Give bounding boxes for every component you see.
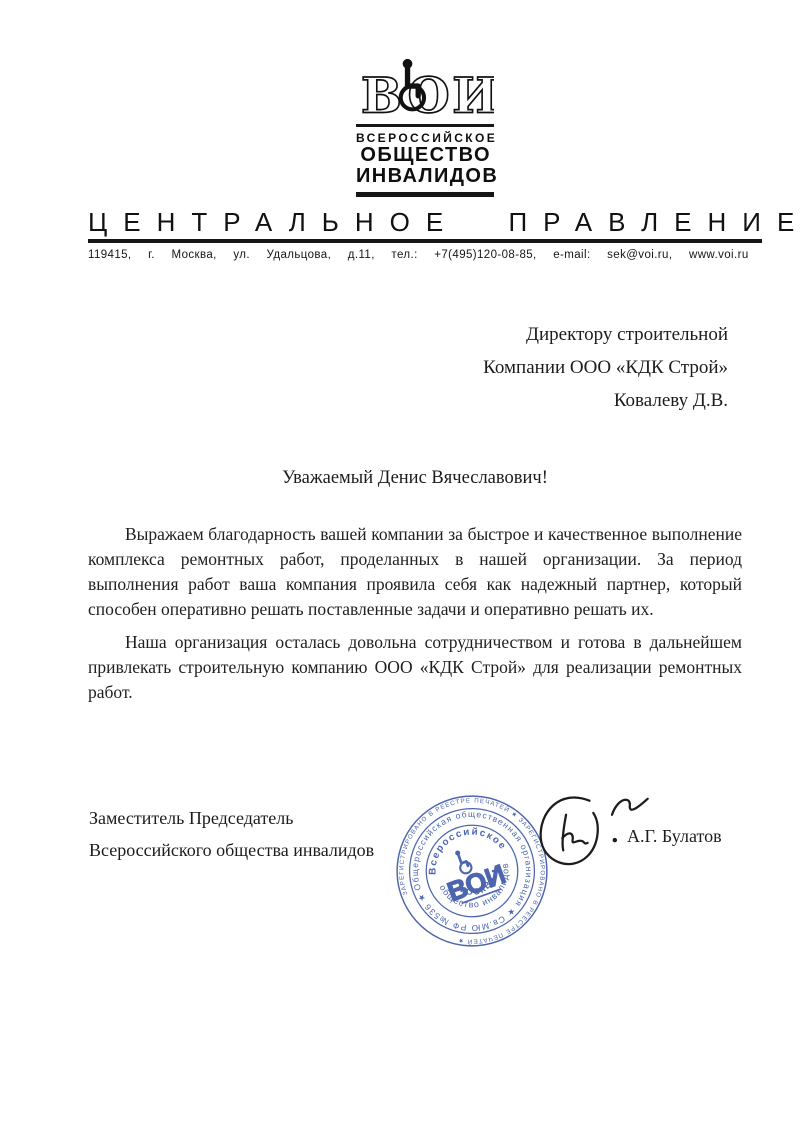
- recipient-line-2: Компании ООО «КДК Строй»: [483, 351, 728, 384]
- signature-loop: [541, 797, 598, 864]
- logo-letter-i: И: [452, 67, 494, 122]
- voi-logo-acronym: В О И: [356, 56, 494, 122]
- department-title: ЦЕНТРАЛЬНОЕ ПРАВЛЕНИЕ: [88, 207, 778, 238]
- signature-flourish: [612, 799, 648, 815]
- logo-divider-top: [356, 124, 494, 127]
- letter-body: Выражаем благодарность вашей компании за…: [88, 522, 742, 713]
- org-name-line-1: ВСЕРОССИЙСКОЕ: [356, 131, 496, 145]
- recipient-block: Директору строительной Компании ООО «КДК…: [483, 318, 728, 417]
- signature-dot: [613, 838, 618, 843]
- org-name-line-2: ОБЩЕСТВО: [356, 145, 495, 166]
- signature-stroke-1: [562, 815, 566, 851]
- letter-page: В О И ВСЕРОССИЙСКОЕ ОБЩЕСТВО ИНВАЛИДОВ Ц…: [0, 0, 800, 1130]
- header-rule: [88, 239, 762, 243]
- body-paragraph-2: Наша организация осталась довольна сотру…: [88, 630, 742, 705]
- logo-divider-bottom: [356, 192, 494, 197]
- logo-letter-o: О: [408, 67, 450, 122]
- signature-title-block: Заместитель Председатель Всероссийского …: [89, 802, 374, 866]
- org-name-line-3: ИНВАЛИДОВ: [356, 166, 495, 187]
- recipient-line-1: Директору строительной: [483, 318, 728, 351]
- voi-logo: В О И ВСЕРОССИЙСКОЕ ОБЩЕСТВО ИНВАЛИДОВ: [356, 56, 494, 197]
- body-paragraph-1: Выражаем благодарность вашей компании за…: [88, 522, 742, 622]
- recipient-line-3: Ковалеву Д.В.: [483, 384, 728, 417]
- signature-title-line-2: Всероссийского общества инвалидов: [89, 834, 374, 866]
- logo-letter-v: В: [361, 67, 402, 122]
- signature-title-line-1: Заместитель Председатель: [89, 802, 374, 834]
- signer-name: А.Г. Булатов: [627, 826, 722, 847]
- salutation: Уважаемый Денис Вячеславович!: [88, 468, 742, 489]
- signature-stroke-2: [562, 833, 587, 843]
- contact-line: 119415, г. Москва, ул. Удальцова, д.11, …: [88, 249, 778, 261]
